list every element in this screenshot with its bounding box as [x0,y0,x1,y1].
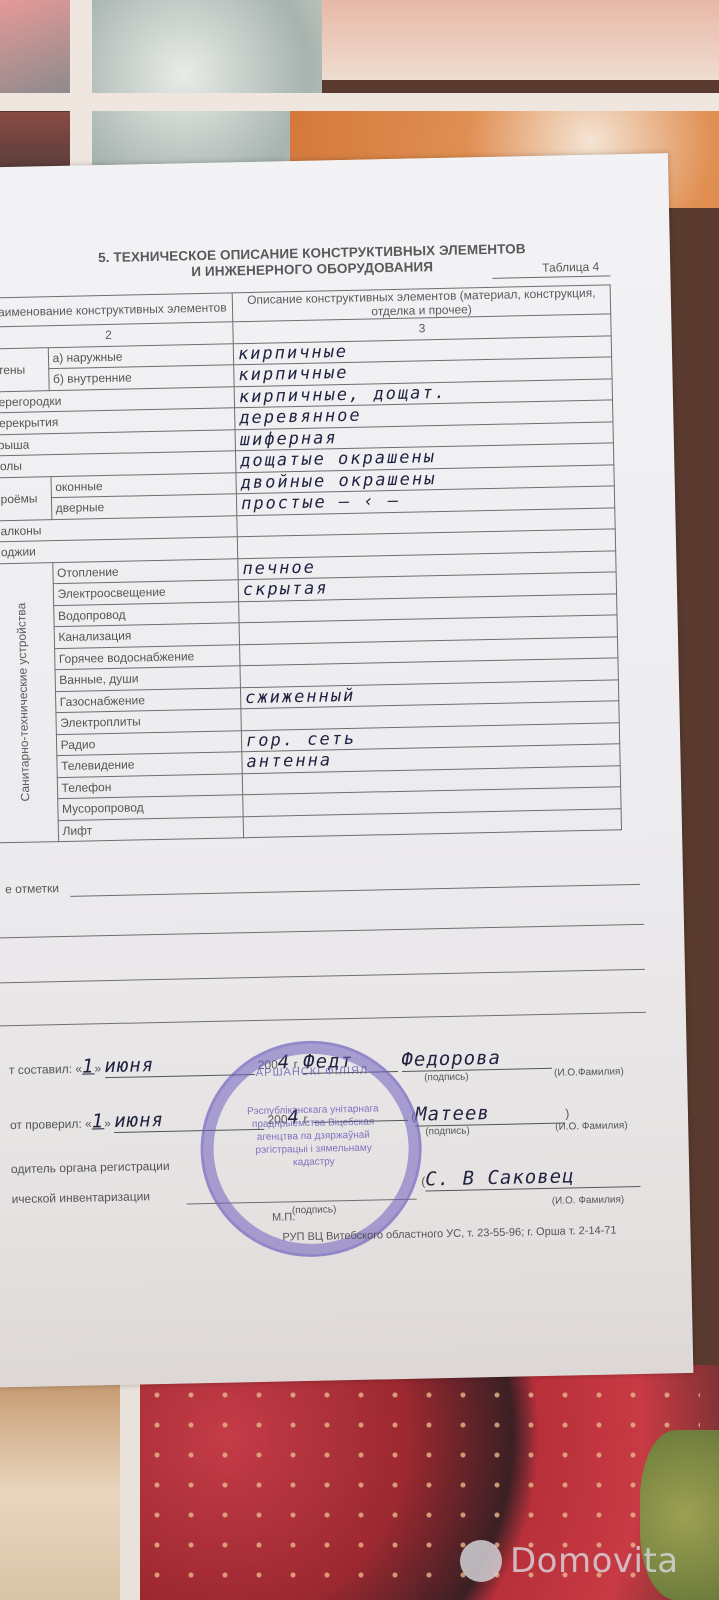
circle-logo-icon [460,1540,502,1582]
spec-table: Наименование конструктивных элементов Оп… [0,284,622,843]
checked-name: Матеев [415,1101,565,1127]
sanitary-group: Санитарно-технические устройства [0,562,58,843]
notes-label: е отметки [5,881,59,896]
walls-group: Стены [0,347,49,391]
table-label: Таблица 4 [542,260,599,275]
mp-label: М.П. [272,1211,295,1223]
compiled-name: Федорова [401,1046,551,1072]
domovita-watermark: Domovita [460,1540,679,1582]
head-name: С. В Саковец [425,1164,640,1191]
openings-group: Проёмы [0,476,51,520]
document-page: 5. ТЕХНИЧЕСКОЕ ОПИСАНИЕ КОНСТРУКТИВНЫХ Э… [0,153,693,1388]
